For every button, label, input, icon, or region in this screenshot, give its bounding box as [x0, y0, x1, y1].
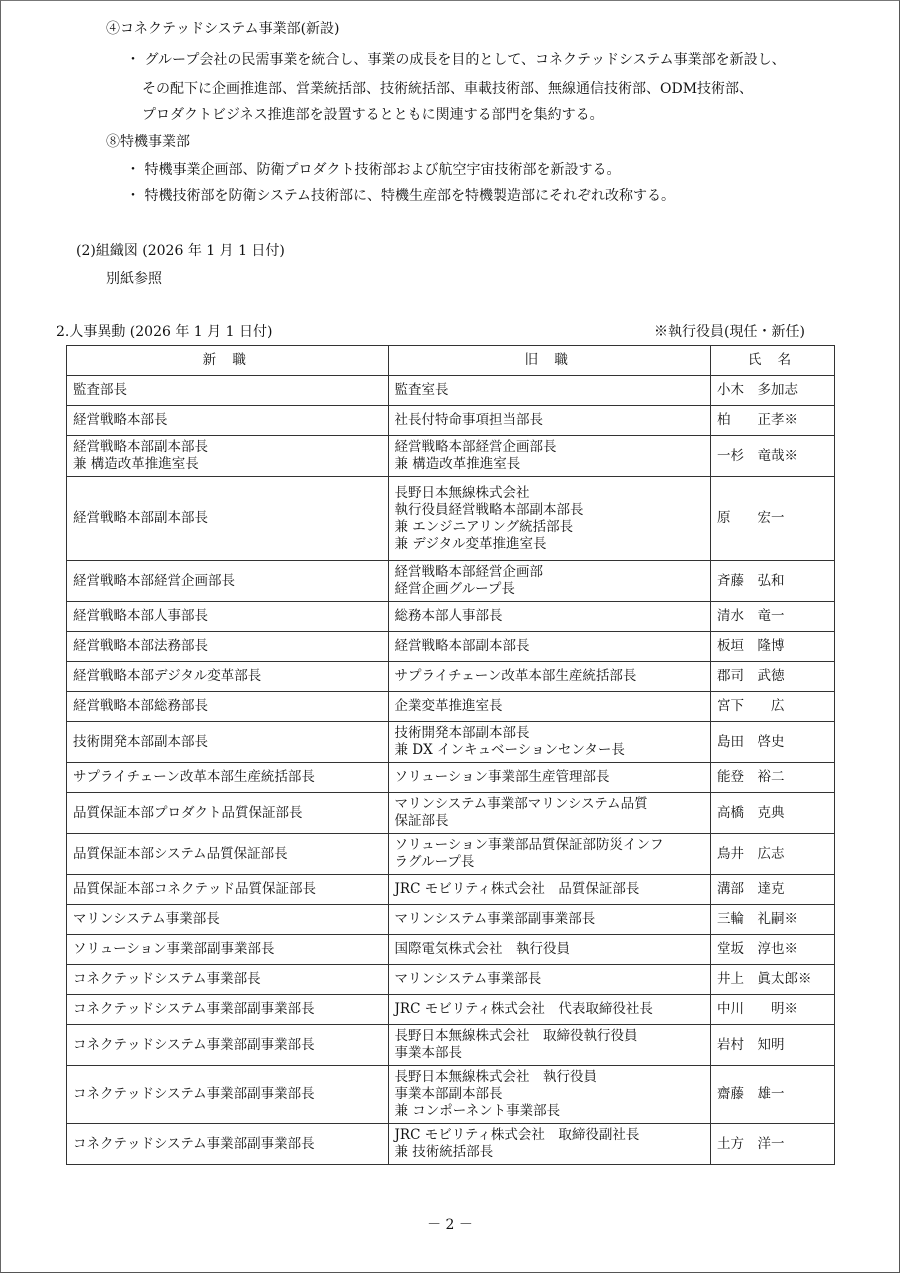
old-position-cell-line: 兼 技術統括部長 — [395, 1144, 705, 1161]
page-number: － 2 － — [0, 1214, 900, 1234]
old-position-cell: マリンシステム事業部長 — [388, 965, 711, 995]
old-position-cell-line: 兼 構造改革推進室長 — [395, 456, 705, 473]
column-header-new-position: 新 職 — [67, 346, 389, 376]
table-header-row: 新 職 旧 職 氏 名 — [67, 346, 835, 376]
new-position-cell: 経営戦略本部経営企画部長 — [67, 561, 389, 602]
old-position-cell: 経営戦略本部副本部長 — [388, 632, 711, 662]
old-position-cell-line: 監査室長 — [395, 382, 705, 399]
new-position-cell: コネクテッドシステム事業部副事業部長 — [67, 995, 389, 1025]
new-position-cell: 経営戦略本部長 — [67, 406, 389, 436]
name-cell: 溝部 達克 — [711, 875, 835, 905]
item-8-bullet-1: ・ 特機事業企画部、防衛プロダクト技術部および航空宇宙技術部を新設する。 — [126, 161, 620, 179]
name-cell: 岩村 知明 — [711, 1025, 835, 1066]
name-cell: 能登 裕二 — [711, 763, 835, 793]
old-position-cell-line: 長野日本無線株式会社 執行役員 — [395, 1069, 705, 1086]
name-cell: 島田 啓史 — [711, 722, 835, 763]
table-row: コネクテッドシステム事業部副事業部長JRC モビリティ株式会社 取締役副社長兼 … — [67, 1124, 835, 1165]
old-position-cell: 社長付特命事項担当部長 — [388, 406, 711, 436]
new-position-cell-line: 経営戦略本部総務部長 — [73, 698, 382, 715]
executive-legend: ※執行役員(現任・新任) — [654, 323, 805, 341]
new-position-cell: マリンシステム事業部長 — [67, 905, 389, 935]
table-row: マリンシステム事業部長マリンシステム事業部副事業部長三輪 礼嗣※ — [67, 905, 835, 935]
old-position-cell-line: 兼 コンポーネント事業部長 — [395, 1103, 705, 1120]
item-4-bullet-line-1: ・ グループ会社の民需事業を統合し、事業の成長を目的として、コネクテッドシステム… — [126, 51, 786, 69]
new-position-cell-line: 品質保証本部プロダクト品質保証部長 — [73, 805, 382, 822]
name-cell: 齋藤 雄一 — [711, 1066, 835, 1124]
old-position-cell-line: マリンシステム事業部副事業部長 — [395, 911, 705, 928]
new-position-cell: 経営戦略本部副本部長 — [67, 477, 389, 561]
table-row: サプライチェーン改革本部生産統括部長ソリューション事業部生産管理部長能登 裕二 — [67, 763, 835, 793]
old-position-cell: 総務本部人事部長 — [388, 602, 711, 632]
table-row: コネクテッドシステム事業部長マリンシステム事業部長井上 眞太郎※ — [67, 965, 835, 995]
old-position-cell-line: 保証部長 — [395, 813, 705, 830]
new-position-cell-line: ソリューション事業部副事業部長 — [73, 941, 382, 958]
new-position-cell: 品質保証本部コネクテッド品質保証部長 — [67, 875, 389, 905]
new-position-cell-line: 経営戦略本部長 — [73, 412, 382, 429]
new-position-cell: コネクテッドシステム事業部長 — [67, 965, 389, 995]
table-row: 経営戦略本部長社長付特命事項担当部長柏 正孝※ — [67, 406, 835, 436]
table-row: 経営戦略本部総務部長企業変革推進室長宮下 広 — [67, 692, 835, 722]
name-cell: 中川 明※ — [711, 995, 835, 1025]
personnel-table: 新 職 旧 職 氏 名 監査部長監査室長小木 多加志経営戦略本部長社長付特命事項… — [66, 345, 835, 1165]
item-4-bullet-line-3: プロダクトビジネス推進部を設置するとともに関連する部門を集約する。 — [142, 106, 604, 124]
old-position-cell-line: 企業変革推進室長 — [395, 698, 705, 715]
table-row: 経営戦略本部法務部長経営戦略本部副本部長板垣 隆博 — [67, 632, 835, 662]
name-cell: 一杉 竜哉※ — [711, 436, 835, 477]
name-cell: 高橋 克典 — [711, 793, 835, 834]
old-position-cell: サプライチェーン改革本部生産統括部長 — [388, 662, 711, 692]
new-position-cell-line: 技術開発本部副本部長 — [73, 734, 382, 751]
old-position-cell-line: 兼 エンジニアリング統括部長 — [395, 519, 705, 536]
new-position-cell: 監査部長 — [67, 376, 389, 406]
old-position-cell-line: ラグループ長 — [395, 854, 705, 871]
new-position-cell-line: 品質保証本部コネクテッド品質保証部長 — [73, 881, 382, 898]
old-position-cell-line: 兼 DX インキュベーションセンター長 — [395, 742, 705, 759]
new-position-cell: 経営戦略本部総務部長 — [67, 692, 389, 722]
name-cell: 土方 洋一 — [711, 1124, 835, 1165]
old-position-cell-line: 経営戦略本部経営企画部 — [395, 564, 705, 581]
new-position-cell: 経営戦略本部デジタル変革部長 — [67, 662, 389, 692]
old-position-cell: 経営戦略本部経営企画部長兼 構造改革推進室長 — [388, 436, 711, 477]
new-position-cell-line: 経営戦略本部副本部長 — [73, 510, 382, 527]
column-header-name: 氏 名 — [711, 346, 835, 376]
old-position-cell-line: ソリューション事業部品質保証部防災インフ — [395, 837, 705, 854]
name-cell: 斉藤 弘和 — [711, 561, 835, 602]
table-row: コネクテッドシステム事業部副事業部長長野日本無線株式会社 取締役執行役員事業本部… — [67, 1025, 835, 1066]
new-position-cell: コネクテッドシステム事業部副事業部長 — [67, 1124, 389, 1165]
old-position-cell: 経営戦略本部経営企画部経営企画グループ長 — [388, 561, 711, 602]
old-position-cell-line: 長野日本無線株式会社 取締役執行役員 — [395, 1028, 705, 1045]
new-position-cell: 経営戦略本部法務部長 — [67, 632, 389, 662]
old-position-cell: 企業変革推進室長 — [388, 692, 711, 722]
new-position-cell-line: 経営戦略本部副本部長 — [73, 439, 382, 456]
old-position-cell-line: 国際電気株式会社 執行役員 — [395, 941, 705, 958]
old-position-cell: マリンシステム事業部副事業部長 — [388, 905, 711, 935]
table-row: 経営戦略本部副本部長長野日本無線株式会社執行役員経営戦略本部副本部長兼 エンジニ… — [67, 477, 835, 561]
old-position-cell: マリンシステム事業部マリンシステム品質保証部長 — [388, 793, 711, 834]
old-position-cell-line: マリンシステム事業部マリンシステム品質 — [395, 796, 705, 813]
name-cell: 宮下 広 — [711, 692, 835, 722]
new-position-cell-line: 経営戦略本部人事部長 — [73, 608, 382, 625]
old-position-cell: 長野日本無線株式会社 取締役執行役員事業本部長 — [388, 1025, 711, 1066]
table-row: コネクテッドシステム事業部副事業部長長野日本無線株式会社 執行役員事業本部副本部… — [67, 1066, 835, 1124]
table-row: コネクテッドシステム事業部副事業部長JRC モビリティ株式会社 代表取締役社長中… — [67, 995, 835, 1025]
new-position-cell: コネクテッドシステム事業部副事業部長 — [67, 1025, 389, 1066]
new-position-cell-line: コネクテッドシステム事業部副事業部長 — [73, 1136, 382, 1153]
org-chart-heading: (2)組織図 (2026 年 1 月 1 日付) — [76, 242, 285, 260]
new-position-cell: 品質保証本部プロダクト品質保証部長 — [67, 793, 389, 834]
name-cell: 堂坂 淳也※ — [711, 935, 835, 965]
old-position-cell-line: 経営戦略本部経営企画部長 — [395, 439, 705, 456]
item-8-heading: ⑧特機事業部 — [106, 133, 190, 151]
old-position-cell-line: 経営企画グループ長 — [395, 581, 705, 598]
old-position-cell-line: 社長付特命事項担当部長 — [395, 412, 705, 429]
new-position-cell-line: コネクテッドシステム事業部副事業部長 — [73, 1086, 382, 1103]
old-position-cell-line: ソリューション事業部生産管理部長 — [395, 769, 705, 786]
old-position-cell-line: 事業本部副本部長 — [395, 1086, 705, 1103]
table-row: 経営戦略本部人事部長総務本部人事部長清水 竜一 — [67, 602, 835, 632]
old-position-cell: JRC モビリティ株式会社 取締役副社長兼 技術統括部長 — [388, 1124, 711, 1165]
new-position-cell-line: マリンシステム事業部長 — [73, 911, 382, 928]
old-position-cell-line: 総務本部人事部長 — [395, 608, 705, 625]
old-position-cell-line: 事業本部長 — [395, 1045, 705, 1062]
old-position-cell-line: 執行役員経営戦略本部副本部長 — [395, 502, 705, 519]
new-position-cell-line: 経営戦略本部経営企画部長 — [73, 573, 382, 590]
old-position-cell: 監査室長 — [388, 376, 711, 406]
old-position-cell: 長野日本無線株式会社 執行役員事業本部副本部長兼 コンポーネント事業部長 — [388, 1066, 711, 1124]
new-position-cell: 品質保証本部システム品質保証部長 — [67, 834, 389, 875]
table-row: 経営戦略本部デジタル変革部長サプライチェーン改革本部生産統括部長郡司 武徳 — [67, 662, 835, 692]
new-position-cell-line: 監査部長 — [73, 382, 382, 399]
old-position-cell: ソリューション事業部生産管理部長 — [388, 763, 711, 793]
name-cell: 小木 多加志 — [711, 376, 835, 406]
old-position-cell-line: JRC モビリティ株式会社 代表取締役社長 — [395, 1001, 705, 1018]
table-row: 品質保証本部プロダクト品質保証部長マリンシステム事業部マリンシステム品質保証部長… — [67, 793, 835, 834]
old-position-cell-line: 兼 デジタル変革推進室長 — [395, 536, 705, 553]
new-position-cell-line: コネクテッドシステム事業部長 — [73, 971, 382, 988]
name-cell: 柏 正孝※ — [711, 406, 835, 436]
table-row: 監査部長監査室長小木 多加志 — [67, 376, 835, 406]
new-position-cell: 技術開発本部副本部長 — [67, 722, 389, 763]
name-cell: 鳥井 広志 — [711, 834, 835, 875]
new-position-cell: 経営戦略本部人事部長 — [67, 602, 389, 632]
item-4-bullet-line-2: その配下に企画推進部、営業統括部、技術統括部、車載技術部、無線通信技術部、ODM… — [142, 80, 753, 98]
old-position-cell-line: 技術開発本部副本部長 — [395, 725, 705, 742]
table-row: ソリューション事業部副事業部長国際電気株式会社 執行役員堂坂 淳也※ — [67, 935, 835, 965]
org-chart-note: 別紙参照 — [106, 270, 162, 288]
table-row: 品質保証本部システム品質保証部長ソリューション事業部品質保証部防災インフラグルー… — [67, 834, 835, 875]
personnel-heading: 2.人事異動 (2026 年 1 月 1 日付) — [56, 323, 272, 341]
new-position-cell: サプライチェーン改革本部生産統括部長 — [67, 763, 389, 793]
personnel-rows: 監査部長監査室長小木 多加志経営戦略本部長社長付特命事項担当部長柏 正孝※経営戦… — [67, 376, 835, 1165]
new-position-cell-line: 兼 構造改革推進室長 — [73, 456, 382, 473]
new-position-cell-line: 経営戦略本部デジタル変革部長 — [73, 668, 382, 685]
old-position-cell: 国際電気株式会社 執行役員 — [388, 935, 711, 965]
name-cell: 原 宏一 — [711, 477, 835, 561]
name-cell: 板垣 隆博 — [711, 632, 835, 662]
new-position-cell-line: コネクテッドシステム事業部副事業部長 — [73, 1001, 382, 1018]
old-position-cell-line: 長野日本無線株式会社 — [395, 485, 705, 502]
new-position-cell: コネクテッドシステム事業部副事業部長 — [67, 1066, 389, 1124]
name-cell: 三輪 礼嗣※ — [711, 905, 835, 935]
old-position-cell-line: マリンシステム事業部長 — [395, 971, 705, 988]
new-position-cell-line: サプライチェーン改革本部生産統括部長 — [73, 769, 382, 786]
old-position-cell: 技術開発本部副本部長兼 DX インキュベーションセンター長 — [388, 722, 711, 763]
item-4-heading: ④コネクテッドシステム事業部(新設) — [106, 20, 340, 38]
old-position-cell: JRC モビリティ株式会社 品質保証部長 — [388, 875, 711, 905]
new-position-cell-line: 経営戦略本部法務部長 — [73, 638, 382, 655]
name-cell: 郡司 武徳 — [711, 662, 835, 692]
name-cell: 清水 竜一 — [711, 602, 835, 632]
name-cell: 井上 眞太郎※ — [711, 965, 835, 995]
old-position-cell: ソリューション事業部品質保証部防災インフラグループ長 — [388, 834, 711, 875]
new-position-cell-line: 品質保証本部システム品質保証部長 — [73, 846, 382, 863]
new-position-cell: 経営戦略本部副本部長兼 構造改革推進室長 — [67, 436, 389, 477]
old-position-cell-line: サプライチェーン改革本部生産統括部長 — [395, 668, 705, 685]
old-position-cell-line: JRC モビリティ株式会社 品質保証部長 — [395, 881, 705, 898]
old-position-cell: 長野日本無線株式会社執行役員経営戦略本部副本部長兼 エンジニアリング統括部長兼 … — [388, 477, 711, 561]
table-row: 経営戦略本部副本部長兼 構造改革推進室長経営戦略本部経営企画部長兼 構造改革推進… — [67, 436, 835, 477]
item-8-bullet-2: ・ 特機技術部を防衛システム技術部に、特機生産部を特機製造部にそれぞれ改称する。 — [126, 187, 675, 205]
table-row: 品質保証本部コネクテッド品質保証部長JRC モビリティ株式会社 品質保証部長溝部… — [67, 875, 835, 905]
old-position-cell-line: 経営戦略本部副本部長 — [395, 638, 705, 655]
table-row: 経営戦略本部経営企画部長経営戦略本部経営企画部経営企画グループ長斉藤 弘和 — [67, 561, 835, 602]
old-position-cell-line: JRC モビリティ株式会社 取締役副社長 — [395, 1127, 705, 1144]
column-header-old-position: 旧 職 — [388, 346, 711, 376]
old-position-cell: JRC モビリティ株式会社 代表取締役社長 — [388, 995, 711, 1025]
table-row: 技術開発本部副本部長技術開発本部副本部長兼 DX インキュベーションセンター長島… — [67, 722, 835, 763]
new-position-cell-line: コネクテッドシステム事業部副事業部長 — [73, 1037, 382, 1054]
new-position-cell: ソリューション事業部副事業部長 — [67, 935, 389, 965]
